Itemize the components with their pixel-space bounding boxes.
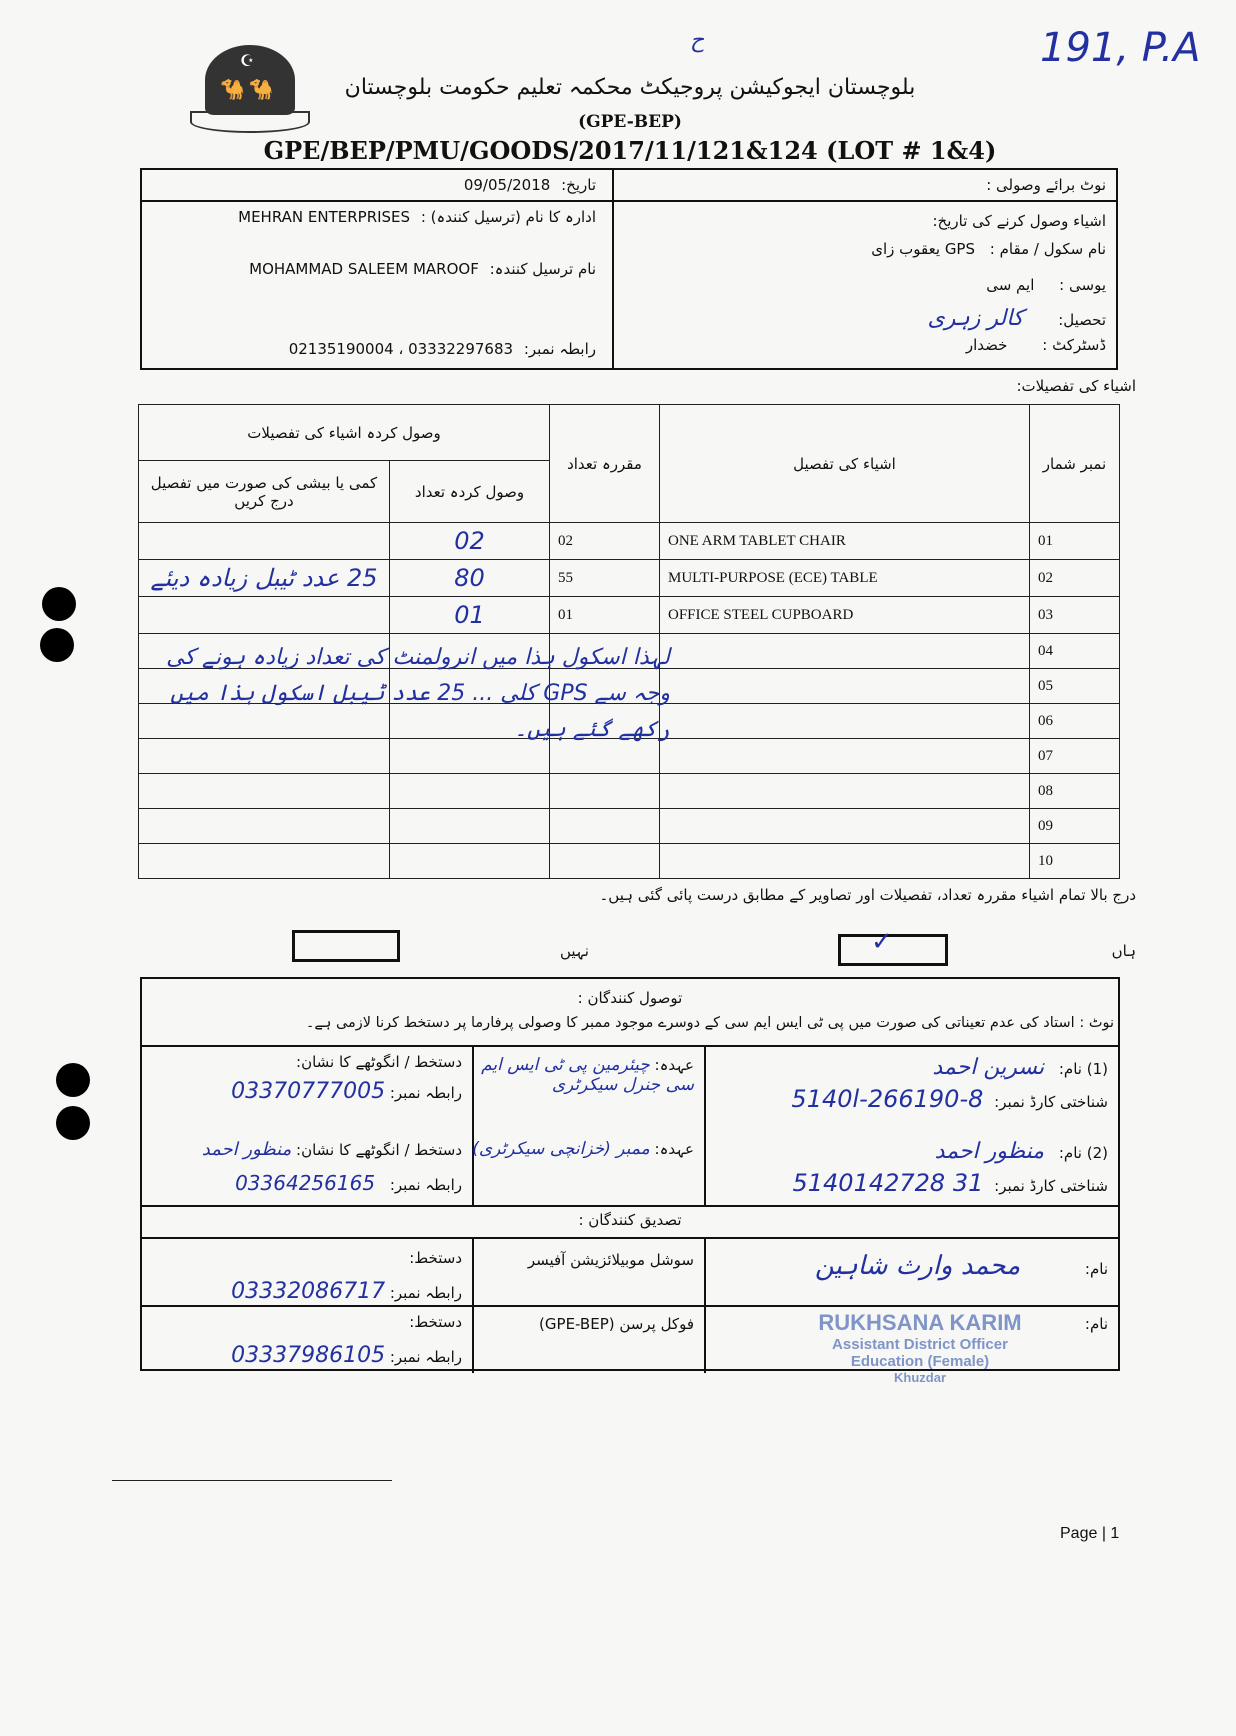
- handwritten-page-ref: 191, P.A: [1040, 25, 1200, 71]
- tehsil-field: تحصیل: کالر زہری: [928, 306, 1106, 331]
- receiver-1-name: (1) نام: نسرین احمد: [932, 1055, 1108, 1080]
- header-allotted-qty: مقررہ تعداد: [550, 405, 660, 523]
- allotted-qty-cell: [550, 809, 660, 844]
- header-received-qty: وصول کردہ تعداد: [390, 461, 550, 523]
- receivers-title: توصول کنندگان :: [142, 989, 1118, 1007]
- received-qty-cell: 80: [390, 560, 550, 597]
- serial-cell: 06: [1030, 704, 1120, 739]
- org-code: (GPE-BEP): [480, 112, 780, 132]
- description-cell: [660, 669, 1030, 704]
- page-number: Page | 1: [1060, 1525, 1119, 1543]
- serial-cell: 07: [1030, 739, 1120, 774]
- description-cell: [660, 809, 1030, 844]
- yes-label: ہاں: [1112, 942, 1136, 960]
- table-row: 08: [139, 774, 1120, 809]
- description-cell: ONE ARM TABLET CHAIR: [660, 523, 1030, 560]
- verifier-2-role: فوکل پرسن (GPE-BEP): [539, 1315, 694, 1333]
- header-shortage-detail: کمی یا بیشی کی صورت میں تفصیل درج کریں: [139, 461, 390, 523]
- remarks-cell: [139, 774, 390, 809]
- note-label: نوٹ برائے وصولی :: [986, 176, 1106, 194]
- serial-cell: 03: [1030, 597, 1120, 634]
- description-cell: [660, 704, 1030, 739]
- crescent-icon: ☪: [240, 51, 254, 70]
- received-qty-cell: [390, 774, 550, 809]
- description-cell: OFFICE STEEL CUPBOARD: [660, 597, 1030, 634]
- allotted-qty-cell: 01: [550, 597, 660, 634]
- serial-cell: 10: [1030, 844, 1120, 879]
- sender-field: نام ترسیل کنندہ: MOHAMMAD SALEEM MAROOF: [249, 260, 596, 278]
- received-qty-cell: 01: [390, 597, 550, 634]
- table-row: 10: [139, 844, 1120, 879]
- document-reference: GPE/BEP/PMU/GOODS/2017/11/121&124 (LOT #…: [220, 136, 1040, 165]
- received-qty-cell: [390, 809, 550, 844]
- received-date-label: اشیاء وصول کرنے کی تاریخ:: [932, 212, 1106, 230]
- description-cell: [660, 844, 1030, 879]
- remarks-cell: [139, 844, 390, 879]
- receiver-1-post: عہدہ: چیئرمین پی ٹی ایس ایم سی جنرل سیکر…: [469, 1055, 694, 1095]
- table-row: 01ONE ARM TABLET CHAIR0202: [139, 523, 1120, 560]
- verifier-2-name-label: نام:: [1085, 1315, 1108, 1333]
- supplier-field: ادارہ کا نام (ترسیل کنندہ) : MEHRAN ENTE…: [238, 208, 596, 226]
- serial-cell: 04: [1030, 634, 1120, 669]
- description-cell: MULTI-PURPOSE (ECE) TABLE: [660, 560, 1030, 597]
- allotted-qty-cell: [550, 844, 660, 879]
- header-description: اشیاء کی تفصیل: [660, 405, 1030, 523]
- allotted-qty-cell: [550, 774, 660, 809]
- allotted-qty-cell: 02: [550, 523, 660, 560]
- verifiers-title: تصدیق کنندگان :: [142, 1211, 1118, 1229]
- receiver-2-contact: رابطہ نمبر: 03364256165: [235, 1171, 462, 1195]
- handwritten-top-mark: ح: [690, 28, 704, 53]
- allotted-qty-cell: 55: [550, 560, 660, 597]
- remarks-cell: [139, 597, 390, 634]
- table-row: 03OFFICE STEEL CUPBOARD0101: [139, 597, 1120, 634]
- received-qty-cell: [390, 844, 550, 879]
- serial-cell: 08: [1030, 774, 1120, 809]
- handwritten-remarks-note: لہذا اسکول ہذا میں انرولمنٹ کی تعداد زیا…: [150, 640, 670, 748]
- remarks-cell: 25 عدد ٹیبل زیادہ دیئے: [139, 560, 390, 597]
- org-title-urdu: بلوچستان ایجوکیشن پروجیکٹ محکمہ تعلیم حک…: [340, 75, 920, 100]
- receipt-info-table: نوٹ برائے وصولی : اشیاء وصول کرنے کی تار…: [140, 168, 1118, 370]
- punch-hole: [56, 1063, 90, 1097]
- receiver-1-contact: رابطہ نمبر: 03370777005: [231, 1079, 462, 1104]
- description-cell: [660, 739, 1030, 774]
- description-cell: [660, 634, 1030, 669]
- receiver-2-name: (2) نام: منظور احمد: [935, 1139, 1108, 1164]
- punch-hole: [42, 587, 76, 621]
- no-checkbox[interactable]: [292, 930, 400, 962]
- description-cell: [660, 774, 1030, 809]
- receiver-1-sign-label: دستخط / انگوٹھے کا نشان:: [296, 1053, 462, 1071]
- verifier-1-sign-label: دستخط:: [409, 1249, 462, 1267]
- header-received-group: وصول کردہ اشیاء کی تفصیلات: [139, 405, 550, 461]
- receivers-note: نوٹ : استاد کی عدم تعیناتی کی صورت میں پ…: [306, 1015, 1114, 1031]
- remarks-cell: [139, 523, 390, 560]
- table-row: 09: [139, 809, 1120, 844]
- verifier-1-role: سوشل موبیلائزیشن آفیسر: [528, 1251, 694, 1269]
- received-qty-cell: 02: [390, 523, 550, 560]
- verifier-1-contact: رابطہ نمبر: 03332086717: [231, 1279, 462, 1304]
- serial-cell: 05: [1030, 669, 1120, 704]
- district-field: ڈسٹرکٹ : خضدار: [966, 336, 1106, 354]
- no-label: نہیں: [560, 942, 589, 960]
- contact-field: رابطہ نمبر: 03332297683 ، 02135190004: [289, 340, 596, 358]
- items-section-title: اشیاء کی تفصیلات:: [1017, 377, 1137, 395]
- receiver-1-cnic: شناختی کارڈ نمبر: 5140l-266190-8: [791, 1085, 1108, 1113]
- confirmation-statement: درج بالا تمام اشیاء مقررہ تعداد، تفصیلات…: [600, 886, 1136, 904]
- serial-cell: 01: [1030, 523, 1120, 560]
- official-stamp: RUKHSANA KARIM Assistant District Office…: [800, 1310, 1040, 1385]
- date-field: تاریخ: 09/05/2018: [464, 176, 596, 194]
- yes-checkbox[interactable]: ✓: [838, 934, 948, 966]
- receiver-2-cnic: شناختی کارڈ نمبر: 5140142728 31: [793, 1169, 1109, 1197]
- school-field: نام سکول / مقام : GPS یعقوب زای: [871, 240, 1106, 258]
- verifier-2-contact: رابطہ نمبر: 03337986105: [231, 1343, 462, 1368]
- punch-hole: [56, 1106, 90, 1140]
- punch-hole: [40, 628, 74, 662]
- serial-cell: 02: [1030, 560, 1120, 597]
- camel-icon: 🐪🐪: [220, 77, 278, 101]
- header-serial: نمبر شمار: [1030, 405, 1120, 523]
- table-row: 02MULTI-PURPOSE (ECE) TABLE558025 عدد ٹی…: [139, 560, 1120, 597]
- serial-cell: 09: [1030, 809, 1120, 844]
- receiver-2-sign: دستخط / انگوٹھے کا نشان: منظور احمد: [202, 1139, 462, 1160]
- footer-rule: [112, 1480, 392, 1481]
- remarks-cell: [139, 809, 390, 844]
- government-logo: ☪ 🐪🐪: [190, 45, 310, 135]
- receiver-2-post: عہدہ: ممبر (خزانچی سیکرٹری): [469, 1139, 694, 1159]
- verifier-1-name: نام: محمد وارث شاہین: [815, 1251, 1108, 1281]
- verifier-2-sign-label: دستخط:: [409, 1313, 462, 1331]
- uc-field: یوسی : ایم سی: [986, 276, 1106, 294]
